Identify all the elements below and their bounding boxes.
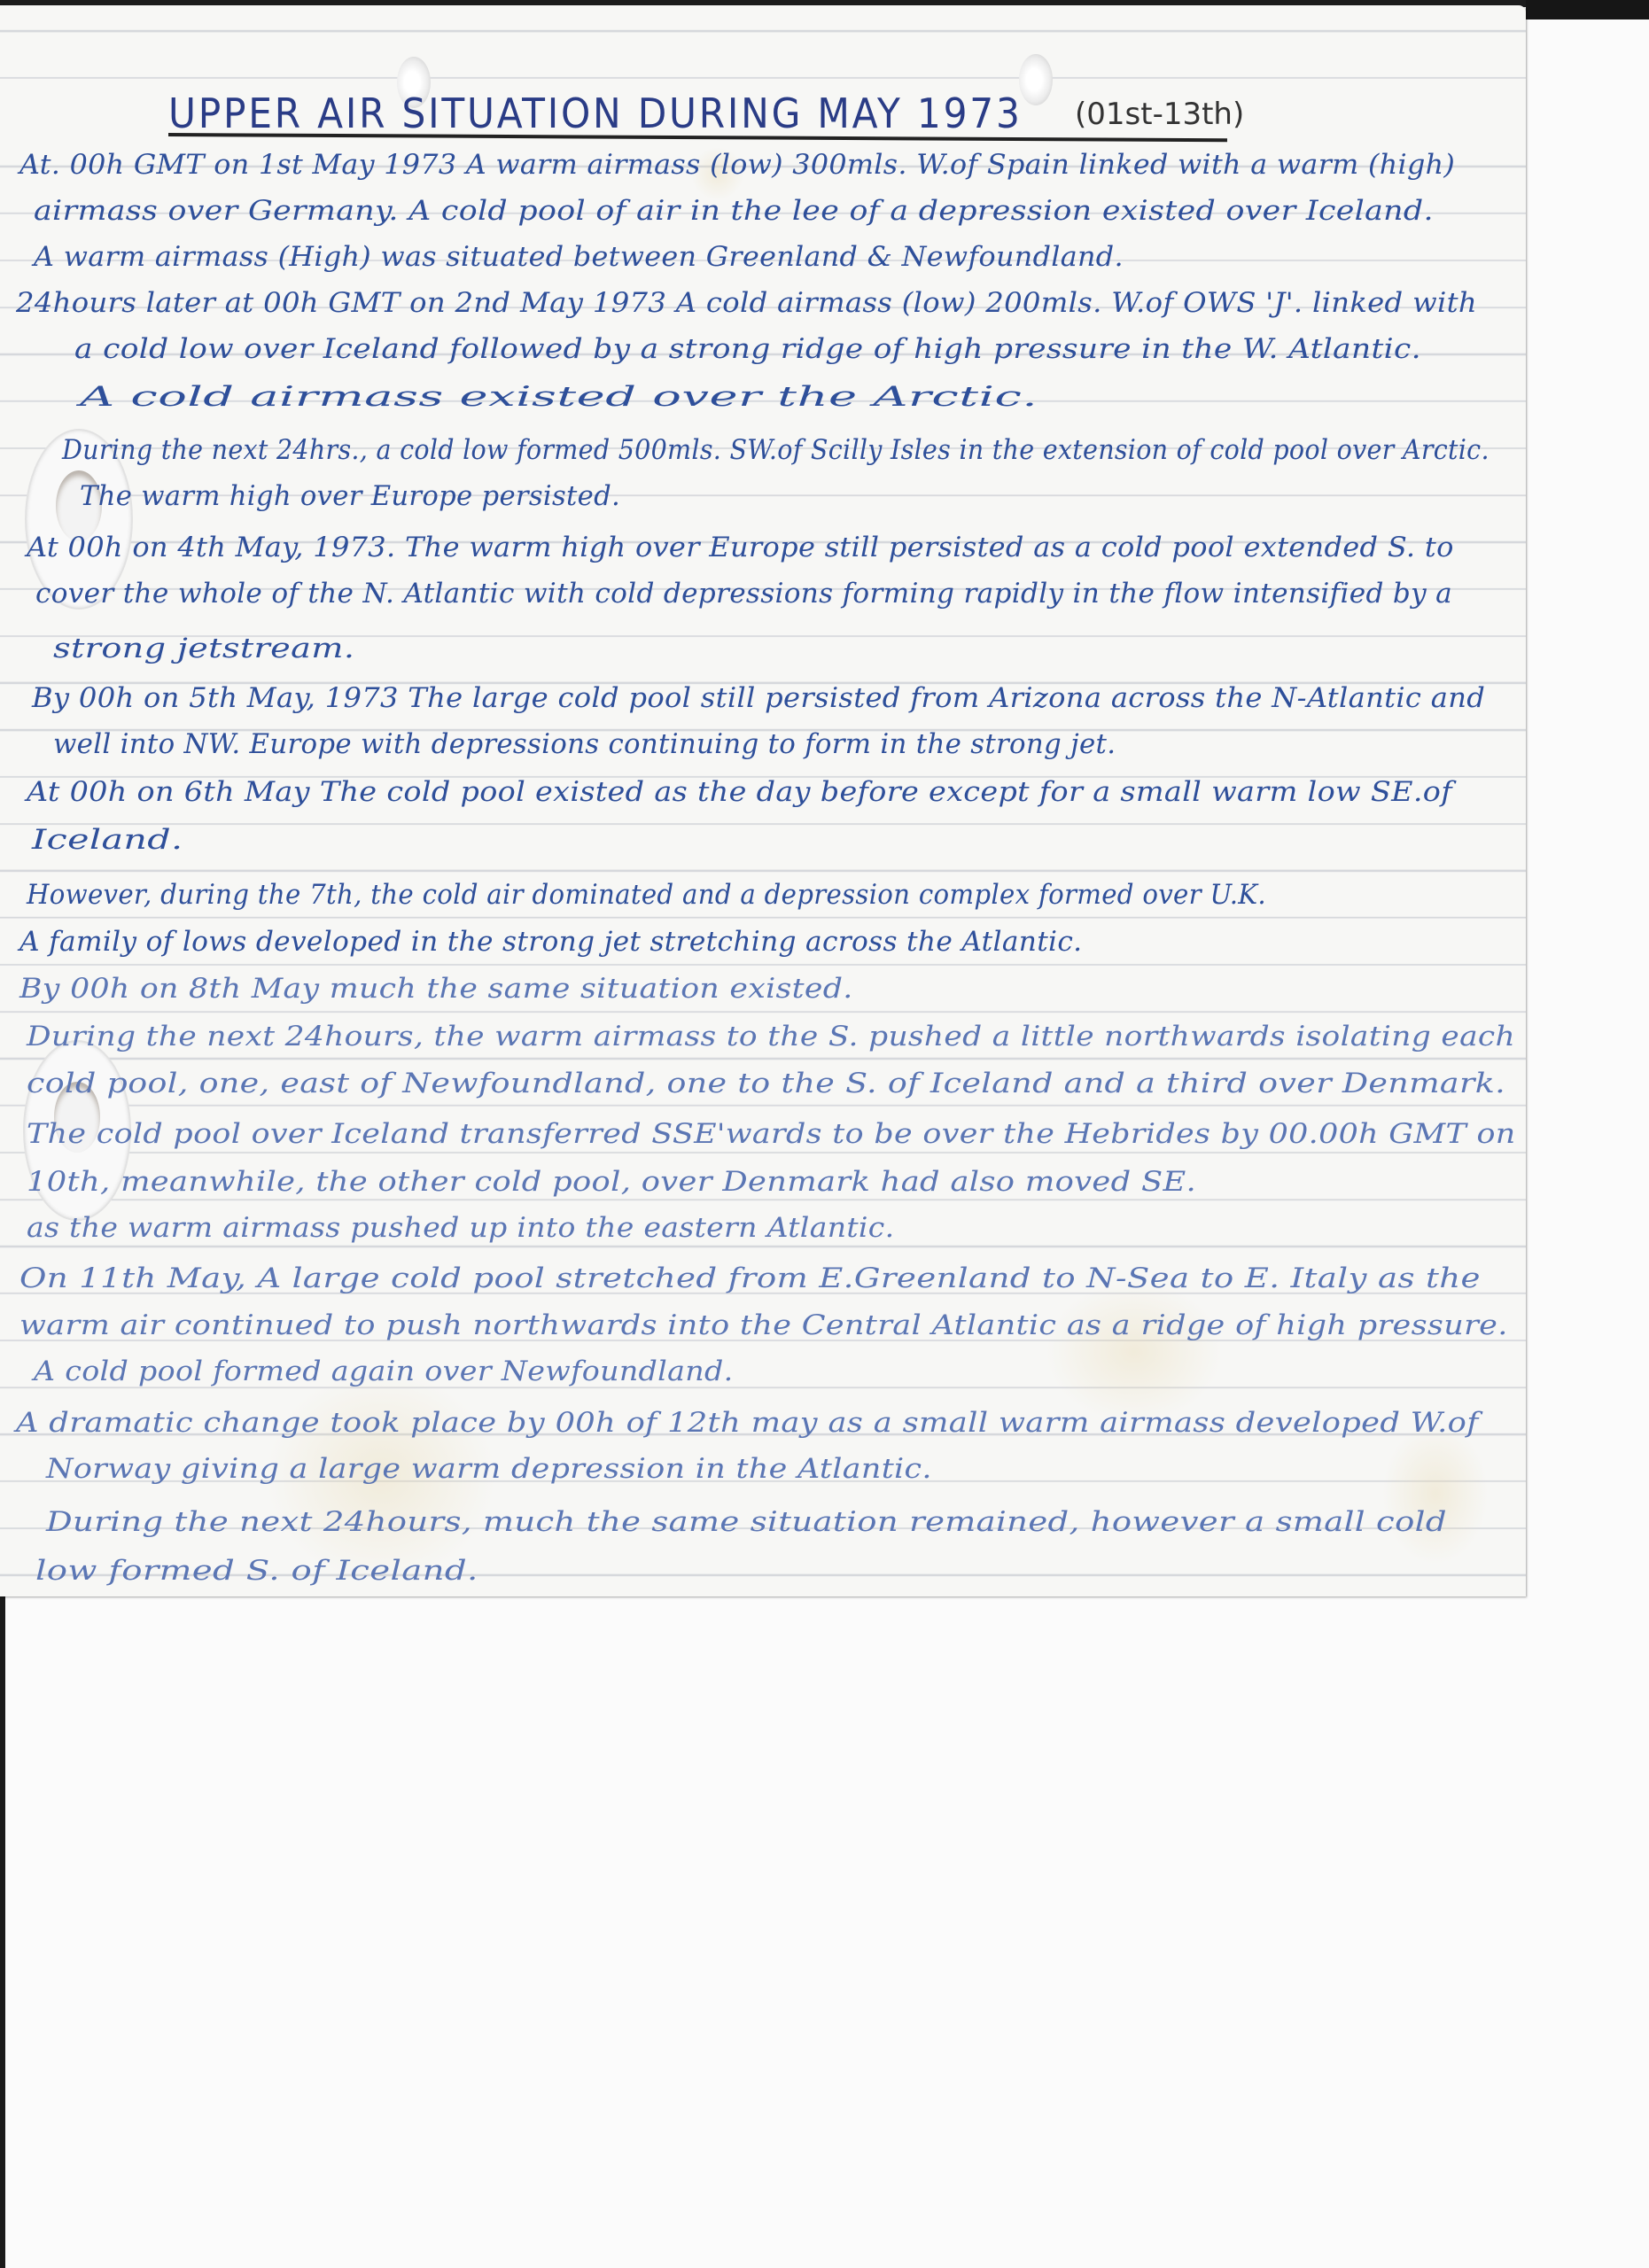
handwritten-line: A cold pool formed again over Newfoundla… bbox=[34, 1355, 734, 1387]
handwritten-line: During the next 24hours, the warm airmas… bbox=[27, 1021, 1515, 1052]
handwritten-line: On 11th May, A large cold pool stretched… bbox=[19, 1262, 1481, 1294]
handwritten-line: airmass over Germany. A cold pool of air… bbox=[34, 195, 1434, 227]
scanner-background-corner bbox=[1526, 0, 1649, 19]
handwritten-line: The warm high over Europe persisted. bbox=[80, 480, 620, 512]
handwritten-line: low formed S. of Iceland. bbox=[35, 1555, 478, 1587]
handwritten-line: warm air continued to push northwards in… bbox=[19, 1309, 1508, 1341]
handwritten-line: well into NW. Europe with depressions co… bbox=[53, 728, 1116, 760]
paper-stain bbox=[1046, 1281, 1223, 1423]
notebook-page: UPPER AIR SITUATION DURING MAY 1973 (01s… bbox=[0, 5, 1526, 1596]
paper-stain bbox=[1382, 1423, 1489, 1565]
handwritten-line: A family of lows developed in the strong… bbox=[19, 926, 1082, 958]
handwritten-line: During the next 24hrs., a cold low forme… bbox=[62, 434, 1490, 466]
handwritten-line: At 00h on 4th May, 1973. The warm high o… bbox=[27, 532, 1454, 563]
handwritten-line: At. 00h GMT on 1st May 1973 A warm airma… bbox=[19, 149, 1455, 181]
handwritten-line: a cold low over Iceland followed by a st… bbox=[74, 333, 1421, 365]
handwritten-line: During the next 24hours, much the same s… bbox=[46, 1506, 1447, 1538]
handwritten-line: as the warm airmass pushed up into the e… bbox=[27, 1212, 894, 1244]
handwritten-line: A warm airmass (High) was situated betwe… bbox=[34, 241, 1124, 273]
handwritten-line: The cold pool over Iceland transferred S… bbox=[27, 1118, 1516, 1150]
handwritten-line: At 00h on 6th May The cold pool existed … bbox=[27, 776, 1452, 808]
handwritten-line: 24hours later at 00h GMT on 2nd May 1973… bbox=[16, 287, 1477, 319]
handwritten-line: Norway giving a large warm depression in… bbox=[46, 1453, 932, 1485]
handwritten-line: 10th, meanwhile, the other cold pool, ov… bbox=[27, 1166, 1196, 1198]
handwritten-line: Iceland. bbox=[32, 824, 183, 856]
page-title: UPPER AIR SITUATION DURING MAY 1973 bbox=[168, 89, 1023, 137]
handwritten-line: By 00h on 8th May much the same situatio… bbox=[19, 973, 853, 1005]
binder-punch-hole bbox=[1019, 54, 1053, 105]
handwritten-line: A dramatic change took place by 00h of 1… bbox=[16, 1407, 1479, 1439]
handwritten-line: cold pool, one, east of Newfoundland, on… bbox=[27, 1068, 1505, 1099]
handwritten-line: However, during the 7th, the cold air do… bbox=[27, 879, 1266, 911]
title-date-range: (01st-13th) bbox=[1075, 97, 1244, 132]
handwritten-line: By 00h on 5th May, 1973 The large cold p… bbox=[32, 682, 1485, 714]
handwritten-line: A cold airmass existed over the Arctic. bbox=[80, 381, 1038, 413]
handwritten-line: strong jetstream. bbox=[53, 633, 354, 664]
handwritten-line: cover the whole of the N. Atlantic with … bbox=[35, 578, 1452, 610]
scanner-background-edge bbox=[0, 1591, 5, 2268]
